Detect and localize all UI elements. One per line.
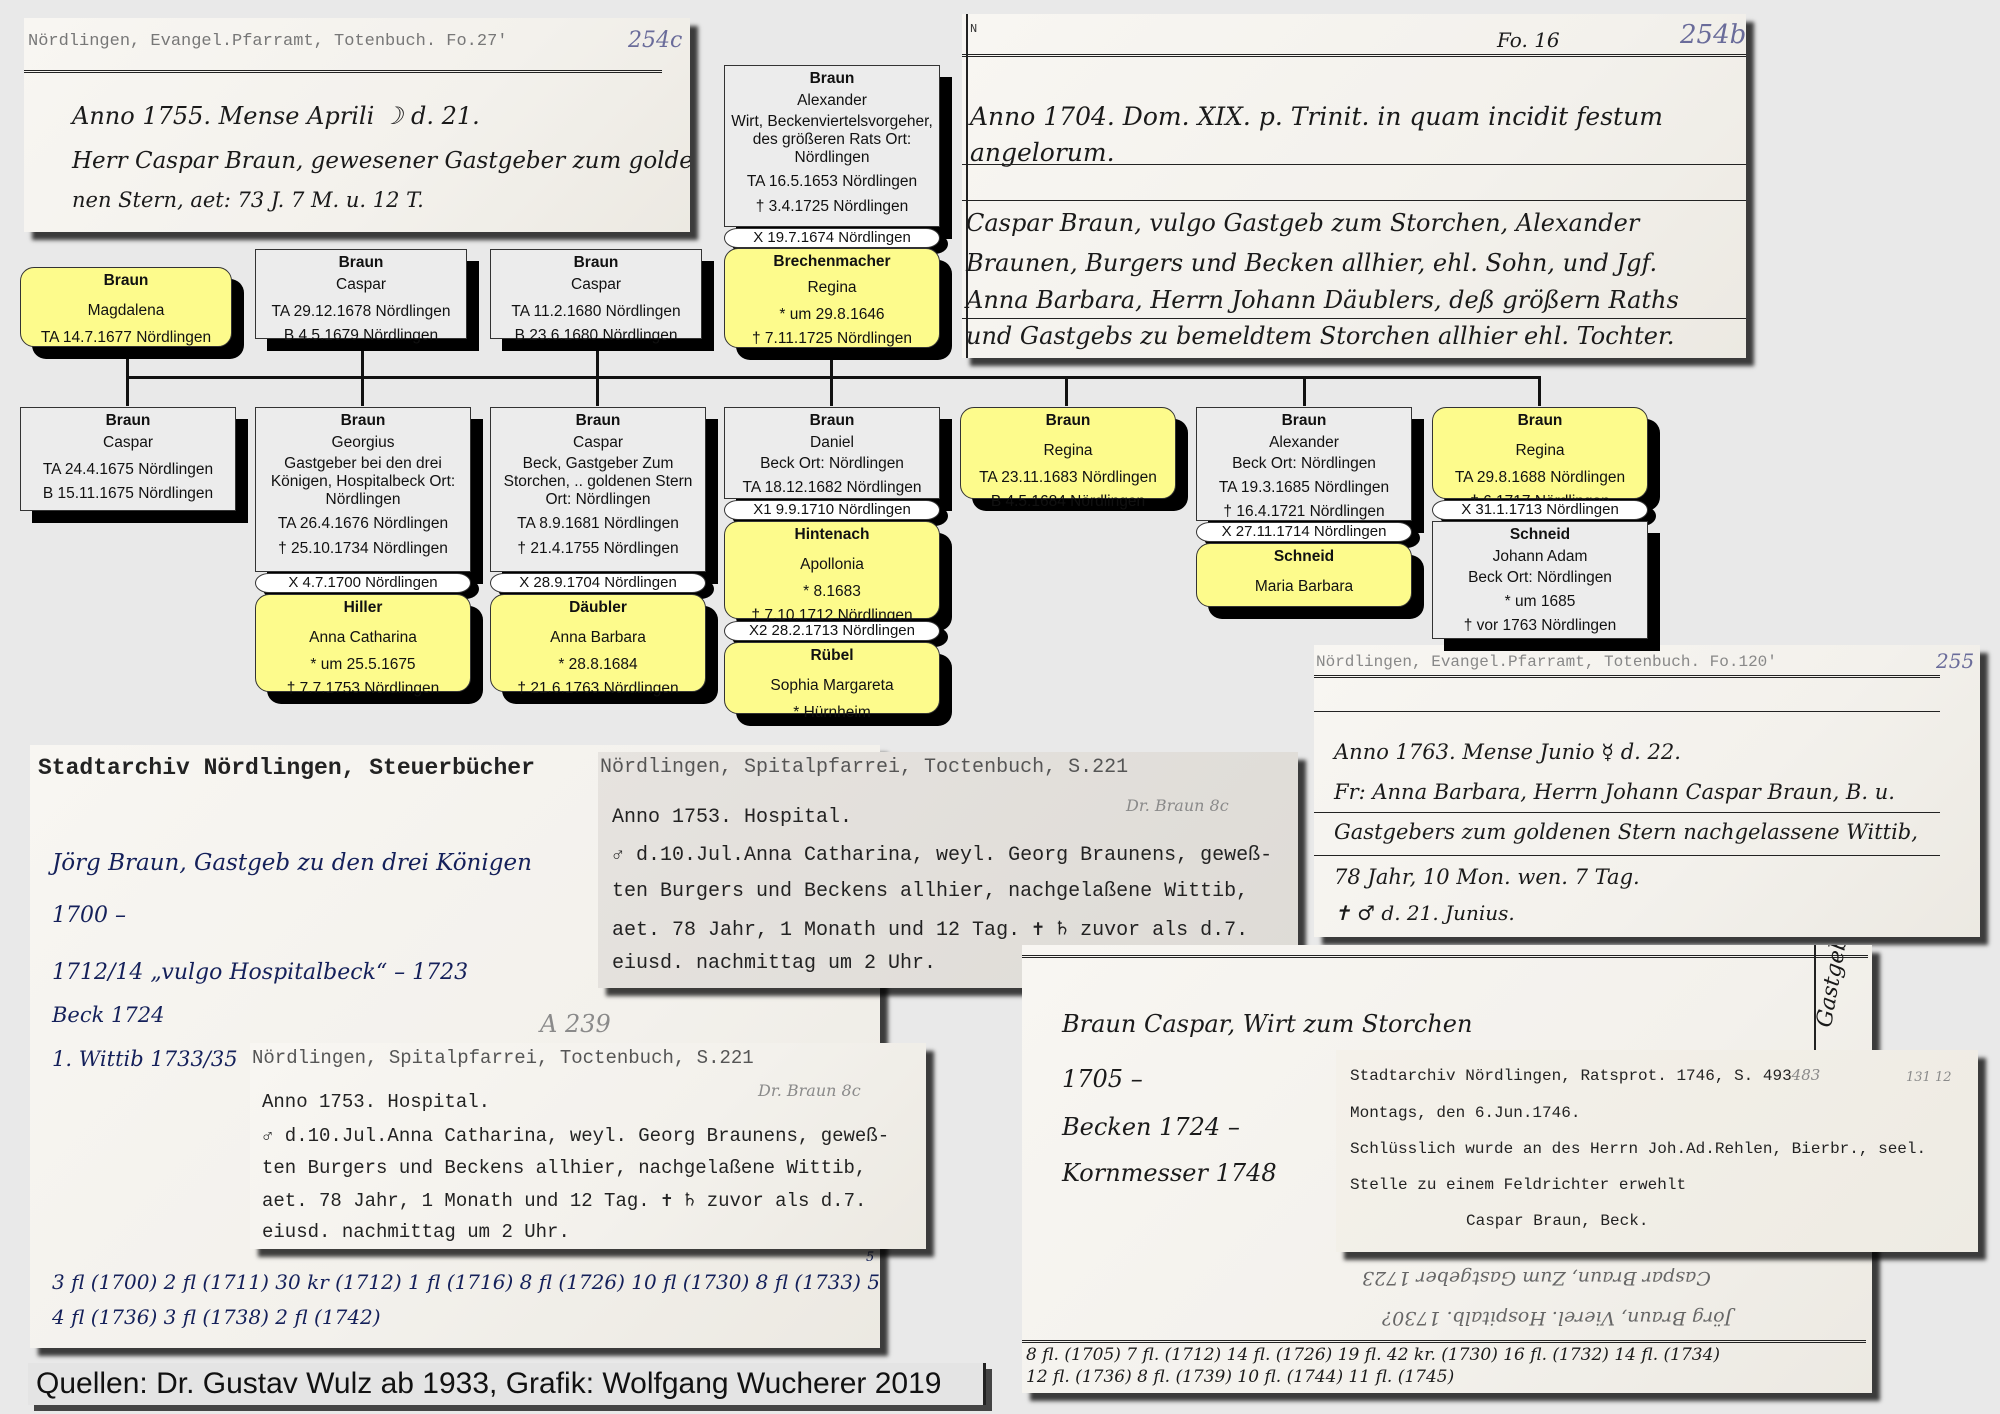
given-name: Anna Catharina (309, 629, 417, 647)
person-child[interactable]: BraunReginaTA 29.8.1688 Nördlingen† 6.17… (1432, 407, 1648, 499)
given-name: Alexander (1269, 434, 1339, 452)
person-child-upper[interactable]: BraunMagdalenaTA 14.7.1677 Nördlingen (20, 267, 232, 347)
given-name: Caspar (336, 276, 386, 294)
person-spouse[interactable]: HintenachApollonia* 8.1683† 7.10.1712 Nö… (724, 521, 940, 619)
entry-line: ♂ d.10.Jul.Anna Catharina, weyl. Georg B… (262, 1125, 889, 1147)
entry-line: 78 Jahr, 10 Mon. wen. 7 Tag. (1334, 865, 1640, 889)
date-line: * um 25.5.1675 (310, 656, 415, 674)
given-name: Daniel (810, 434, 854, 452)
entry-line: Anno 1704. Dom. XIX. p. Trinit. in quam … (970, 102, 1663, 131)
date-line: † vor 1763 Nördlingen (1464, 617, 1617, 635)
date-line: † 16.4.1721 Nördlingen (1223, 503, 1384, 521)
surname: Schneid (1510, 526, 1570, 544)
date-line: * 28.8.1684 (558, 656, 637, 674)
given-name: Apollonia (800, 556, 864, 574)
entry-line: Caspar Braun, vulgo Gastgeb zum Storchen… (966, 209, 1639, 237)
entry-line: Anno 1763. Mense Junio ☿ d. 22. (1334, 740, 1681, 764)
person-child[interactable]: BraunAlexanderBeck Ort: NördlingenTA 19.… (1196, 407, 1412, 521)
given-name: Maria Barbara (1255, 578, 1353, 596)
entry-line: Anno 1753. Hospital. (262, 1091, 490, 1113)
person-child[interactable]: BraunCasparTA 24.4.1675 NördlingenB 15.1… (20, 407, 236, 511)
date-line: TA 11.2.1680 Nördlingen (511, 303, 680, 321)
occupation: Beck Ort: Nördlingen (1228, 455, 1380, 473)
date-line: TA 29.8.1688 Nördlingen (1455, 469, 1625, 487)
surname: Hintenach (795, 526, 870, 544)
occupation: Wirt, Beckenviertelsvorgeher, des größer… (725, 113, 939, 168)
date-line: † 7.7.1753 Nördlingen (287, 680, 440, 698)
given-name: Caspar (571, 276, 621, 294)
occupation: Beck Ort: Nördlingen (1464, 569, 1616, 587)
entry-line: Stelle zu einem Feldrichter erwehlt (1350, 1176, 1686, 1194)
date-line: TA 23.11.1683 Nördlingen (979, 469, 1157, 487)
date-line: TA 24.4.1675 Nördlingen (43, 461, 213, 479)
entry-line: ten Burgers und Beckens allhier, nachgel… (612, 880, 1248, 903)
marriage-label: X 28.9.1704 Nördlingen (490, 573, 706, 593)
upside-down-note: Caspar Braun, Zum Gastgeber 1723 (1362, 1267, 1711, 1289)
person-child[interactable]: BraunCasparBeck, Gastgeber Zum Storchen,… (490, 407, 706, 572)
death-date: † 7.11.1725 Nördlingen (752, 330, 912, 348)
entry-line: Anna Barbara, Herrn Johann Däublers, deß… (966, 286, 1679, 314)
card-trauung-fo16: N Fo. 16 254b Anno 1704. Dom. XIX. p. Tr… (962, 14, 1746, 358)
occupation: Beck, Gastgeber Zum Storchen, .. goldene… (491, 455, 705, 510)
person-spouse[interactable]: RübelSophia Margareta* Hürnheim (724, 642, 940, 714)
marriage-label: X 31.1.1713 Nördlingen (1432, 500, 1648, 520)
pencil-note: Dr. Braun 8c (758, 1081, 861, 1100)
entry-line: Braunen, Burgers und Becken allhier, ehl… (966, 249, 1657, 277)
card-header: Nördlingen, Evangel.Pfarramt, Totenbuch.… (28, 32, 507, 51)
given-name: Regina (1515, 442, 1564, 460)
person-father[interactable]: Braun Alexander Wirt, Beckenviertelsvorg… (724, 65, 940, 227)
pencil-note: 131 12 (1906, 1070, 1952, 1085)
card-header: Stadtarchiv Nördlingen, Steuerbücher (38, 755, 535, 781)
card-totenbuch-fo120: Nördlingen, Evangel.Pfarramt, Totenbuch.… (1314, 645, 1980, 937)
card-signum: 254b (1680, 20, 1746, 50)
entry-line: Anno 1755. Mense Aprili ☽ d. 21. (72, 102, 480, 130)
entry-line: 1700 – (52, 903, 126, 928)
tax-line: 8 fl. (1705) 7 fl. (1712) 14 fl. (1726) … (1026, 1345, 1720, 1365)
card-header: Stadtarchiv Nördlingen, Ratsprot. 1746, … (1350, 1066, 1820, 1085)
date-line: B 4.5.1679 Nördlingen (284, 327, 438, 345)
person-spouse[interactable]: HillerAnna Catharina* um 25.5.1675† 7.7.… (255, 594, 471, 692)
date-line: TA 19.3.1685 Nördlingen (1219, 479, 1389, 497)
surname: Rübel (810, 647, 853, 665)
date-line: † 21.6.1763 Nördlingen (517, 680, 678, 698)
entry-line: eiusd. nachmittag um 2 Uhr. (262, 1221, 570, 1243)
entry-line: Becken 1724 – (1062, 1113, 1240, 1141)
entry-line: 1705 – (1062, 1065, 1143, 1093)
date-line: † 25.10.1734 Nördlingen (278, 540, 448, 558)
card-header: Fo. 16 (1497, 28, 1560, 52)
entry-line: Caspar Braun, Beck. (1466, 1212, 1648, 1230)
entry-line: angelorum. (970, 138, 1115, 167)
date-line: B 23.6.1680 Nördlingen (515, 327, 678, 345)
card-header: Nördlingen, Evangel.Pfarramt, Totenbuch.… (1316, 653, 1777, 671)
entry-line: eiusd. nachmittag um 2 Uhr. (612, 952, 936, 975)
date-line: B 4.5.1684 Nördlingen (991, 493, 1145, 511)
given-name: Georgius (332, 434, 395, 452)
date-line: B 15.11.1675 Nördlingen (43, 485, 213, 503)
person-child-upper[interactable]: BraunCasparTA 11.2.1680 NördlingenB 23.6… (490, 249, 702, 339)
surname: Braun (341, 412, 386, 430)
entry-line: 1. Wittib 1733/35 (52, 1047, 238, 1071)
entry-line: Montags, den 6.Jun.1746. (1350, 1104, 1580, 1122)
marriage-label: X2 28.2.1713 Nördlingen (724, 621, 940, 641)
given-name: Alexander (797, 92, 867, 110)
tax-line: 12 fl. (1736) 8 fl. (1739) 10 fl. (1744)… (1026, 1367, 1454, 1387)
surname: Braun (339, 254, 384, 272)
surname: Braun (1046, 412, 1091, 430)
marriage-label: X 19.7.1674 Nördlingen (724, 228, 940, 248)
surname: Braun (810, 412, 855, 430)
surname: Däubler (569, 599, 627, 617)
person-spouse[interactable]: SchneidMaria Barbara (1196, 543, 1412, 607)
birth-date: * um 29.8.1646 (779, 306, 884, 324)
surname: Braun (104, 272, 149, 290)
person-child[interactable]: BraunGeorgiusGastgeber bei den drei Köni… (255, 407, 471, 572)
occupation: Gastgeber bei den drei Königen, Hospital… (256, 455, 470, 510)
sources-caption: Quellen: Dr. Gustav Wulz ab 1933, Grafik… (28, 1363, 986, 1405)
date-line: TA 14.7.1677 Nördlingen (41, 329, 211, 347)
surname: Schneid (1274, 548, 1334, 566)
surname: Braun (574, 254, 619, 272)
upside-down-note: Jörg Braun, Vierel. Hospitalb. 1730? (1382, 1307, 1732, 1329)
date-line: TA 26.4.1676 Nördlingen (278, 515, 448, 533)
entry-line: Fr: Anna Barbara, Herrn Johann Caspar Br… (1334, 780, 1895, 804)
card-signum: 254c (628, 28, 682, 53)
entry-line: nen Stern, aet: 73 J. 7 M. u. 12 T. (72, 188, 424, 212)
date-line: TA 29.12.1678 Nördlingen (272, 303, 451, 321)
given-name: Johann Adam (1493, 548, 1588, 566)
surname: Brechenmacher (773, 253, 890, 271)
date-line: † 21.4.1755 Nördlingen (517, 540, 678, 558)
date-line: * 8.1683 (803, 583, 861, 601)
entry-line: aet. 78 Jahr, 1 Monath und 12 Tag. ✝ ♄ z… (612, 916, 1248, 942)
date-line: * um 1685 (1505, 593, 1576, 611)
entry-line: Anno 1753. Hospital. (612, 806, 852, 829)
person-child[interactable]: BraunReginaTA 23.11.1683 NördlingenB 4.5… (960, 407, 1176, 499)
surname: Braun (106, 412, 151, 430)
card-ratsprotokoll: Stadtarchiv Nördlingen, Ratsprot. 1746, … (1336, 1050, 1978, 1252)
person-child-upper[interactable]: BraunCasparTA 29.12.1678 NördlingenB 4.5… (255, 249, 467, 339)
occupation: Beck Ort: Nördlingen (756, 455, 908, 473)
surname: Hiller (344, 599, 383, 617)
marriage-label: X 27.11.1714 Nördlingen (1196, 522, 1412, 542)
entry-line: 1712/14 „vulgo Hospitalbeck“ – 1723 (52, 960, 468, 985)
surname: Braun (576, 412, 621, 430)
tax-line: 3 fl (1700) 2 fl (1711) 30 kr (1712) 1 f… (52, 1270, 880, 1294)
person-mother[interactable]: Brechenmacher Regina * um 29.8.1646 † 7.… (724, 248, 940, 348)
surname: Braun (1518, 412, 1563, 430)
card-spitalpfarrei-lower: Nördlingen, Spitalpfarrei, Toctenbuch, S… (250, 1043, 926, 1249)
entry-line: ♂ d.10.Jul.Anna Catharina, weyl. Georg B… (612, 844, 1272, 867)
death-date: † 3.4.1725 Nördlingen (756, 198, 909, 216)
date-line: TA 18.12.1682 Nördlingen (743, 479, 922, 497)
person-child[interactable]: BraunDanielBeck Ort: NördlingenTA 18.12.… (724, 407, 940, 499)
tax-line: 4 fl (1736) 3 fl (1738) 2 fl (1742) (52, 1305, 381, 1329)
pencil-note: A 239 (540, 1010, 611, 1038)
tree-connector (830, 352, 833, 378)
surname: Braun (1282, 412, 1327, 430)
given-name: Sophia Margareta (770, 677, 893, 695)
entry-line: und Gastgebs zu bemeldtem Storchen allhi… (966, 322, 1674, 350)
entry-line: Jörg Braun, Gastgeb zu den drei Königen (52, 850, 532, 876)
card-header: Nördlingen, Spitalpfarrei, Toctenbuch, S… (600, 756, 1128, 779)
tree-connector (126, 376, 1541, 379)
entry-line: Schlüsslich wurde an des Herrn Joh.Ad.Re… (1350, 1140, 1926, 1158)
card-header: Nördlingen, Spitalpfarrei, Toctenbuch, S… (252, 1047, 754, 1069)
entry-line: Braun Caspar, Wirt zum Storchen (1062, 1010, 1472, 1038)
date-line: TA 8.9.1681 Nördlingen (517, 515, 679, 533)
date-line: * Hürnheim (793, 704, 871, 722)
pencil-note: Dr. Braun 8c (1126, 796, 1229, 815)
given-name: Caspar (573, 434, 623, 452)
card-totenbuch-fo27: Nördlingen, Evangel.Pfarramt, Totenbuch.… (24, 18, 690, 232)
entry-line: Gastgebers zum goldenen Stern nachgelass… (1334, 820, 1918, 844)
person-spouse[interactable]: DäublerAnna Barbara* 28.8.1684† 21.6.176… (490, 594, 706, 692)
baptism-date: TA 16.5.1653 Nördlingen (747, 173, 917, 191)
given-name: Regina (807, 279, 856, 297)
tax-superscript: 5 (866, 1250, 874, 1265)
entry-line: Kornmesser 1748 (1062, 1159, 1277, 1187)
entry-line: Beck 1724 (52, 1003, 164, 1027)
marriage-label: X1 9.9.1710 Nördlingen (724, 500, 940, 520)
marriage-label: X 4.7.1700 Nördlingen (255, 573, 471, 593)
entry-line: aet. 78 Jahr, 1 Monath und 12 Tag. ✝ ♄ z… (262, 1189, 866, 1212)
entry-line: ten Burgers und Beckens allhier, nachgel… (262, 1157, 866, 1179)
given-name: Caspar (103, 434, 153, 452)
given-name: Magdalena (88, 302, 165, 320)
person-spouse[interactable]: SchneidJohann AdamBeck Ort: Nördlingen* … (1432, 521, 1648, 639)
surname: Braun (810, 70, 855, 88)
card-signum: 255 (1936, 649, 1974, 673)
given-name: Regina (1043, 442, 1092, 460)
entry-line: ✝ ♂ d. 21. Junius. (1334, 901, 1515, 925)
card-mark: N (970, 22, 977, 36)
entry-line: Herr Caspar Braun, gewesener Gastgeber z… (72, 148, 690, 174)
given-name: Anna Barbara (550, 629, 646, 647)
